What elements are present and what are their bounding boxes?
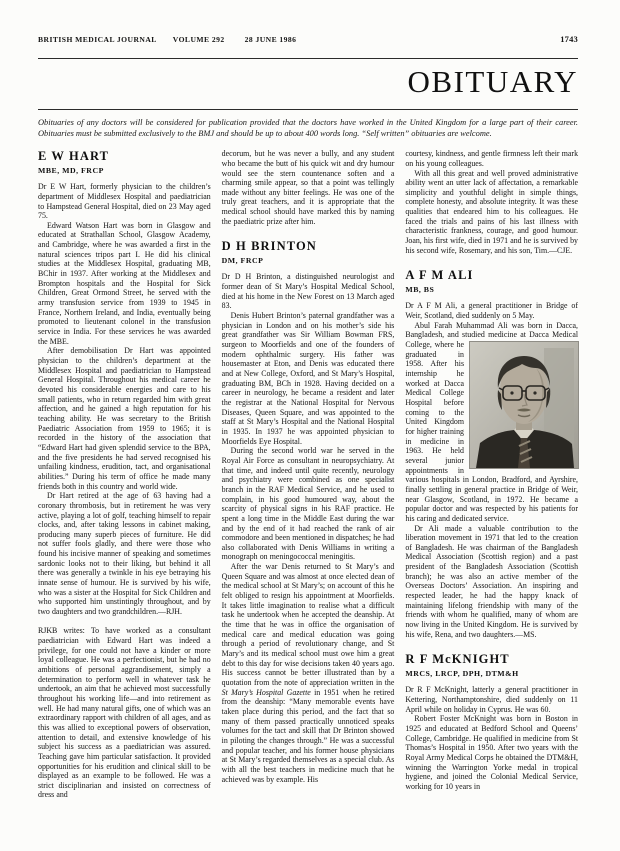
issue-date: 28 JUNE 1986 xyxy=(245,35,297,44)
deceased-name: R F McKNIGHT xyxy=(405,653,578,666)
journal-title: BRITISH MEDICAL JOURNAL xyxy=(38,35,157,44)
deceased-credentials: MB, BS xyxy=(405,285,578,294)
column-2: decorum, but he was never a bully, and a… xyxy=(222,149,395,800)
deceased-credentials: DM, FRCP xyxy=(222,256,395,265)
obituary-paragraph: After demobilisation Dr Hart was appoint… xyxy=(38,346,211,491)
obituary-paragraph: Dr D H Brinton, a distinguished neurolog… xyxy=(222,272,395,311)
deceased-name: A F M ALI xyxy=(405,269,578,282)
section-title: OBITUARY xyxy=(38,65,578,99)
portrait-photo xyxy=(470,342,578,468)
obituary-paragraph: decorum, but he was never a bully, and a… xyxy=(222,149,395,226)
deceased-name: E W HART xyxy=(38,150,211,163)
obituary-paragraph: After the war Denis returned to St Mary’… xyxy=(222,562,395,784)
obituary-paragraph: RJKB writes: To have worked as a consult… xyxy=(38,626,211,800)
obituary-heading: R F McKNIGHTMRCS, LRCP, DPH, DTM&H xyxy=(405,653,578,678)
obituary-paragraph: Edward Watson Hart was born in Glasgow a… xyxy=(38,221,211,347)
obituary-paragraph: Dr Hart retired at the age of 63 having … xyxy=(38,491,211,617)
obituary-heading: D H BRINTONDM, FRCP xyxy=(222,240,395,265)
obituary-heading: A F M ALIMB, BS xyxy=(405,269,578,294)
deceased-name: D H BRINTON xyxy=(222,240,395,253)
obituary-heading: E W HARTMBE, MD, FRCP xyxy=(38,150,211,175)
journal-page: BRITISH MEDICAL JOURNAL VOLUME 292 28 JU… xyxy=(0,0,620,851)
obituary-paragraph: courtesy, kindness, and gentle firmness … xyxy=(405,149,578,168)
page-number: 1743 xyxy=(560,34,578,44)
volume-label: VOLUME 292 xyxy=(173,35,225,44)
page-header: BRITISH MEDICAL JOURNAL VOLUME 292 28 JU… xyxy=(38,34,578,44)
obituary-paragraph: During the second world war he served in… xyxy=(222,446,395,562)
column-1: E W HARTMBE, MD, FRCPDr E W Hart, former… xyxy=(38,149,211,800)
submission-notice: Obituaries of any doctors will be consid… xyxy=(38,118,578,139)
obituary-paragraph: Dr A F M Ali, a general practitioner in … xyxy=(405,301,578,320)
obituary-paragraph: Denis Hubert Brinton’s paternal grandfat… xyxy=(222,311,395,446)
obituary-paragraph: Abul Farah Muhammad Ali was born in Dacc… xyxy=(405,321,578,524)
deceased-credentials: MBE, MD, FRCP xyxy=(38,166,211,175)
deceased-credentials: MRCS, LRCP, DPH, DTM&H xyxy=(405,669,578,678)
obituary-paragraph: Robert Foster McKnight was born in Bosto… xyxy=(405,714,578,791)
header-divider xyxy=(38,58,578,59)
obituary-paragraph: With all this great and well proved admi… xyxy=(405,169,578,256)
title-divider xyxy=(38,109,578,110)
obituary-columns: E W HARTMBE, MD, FRCPDr E W Hart, former… xyxy=(38,149,578,800)
obituary-paragraph: Dr Ali made a valuable contribution to t… xyxy=(405,524,578,640)
publication-title: St Mary’s Hospital Gazette xyxy=(222,688,311,697)
obituary-paragraph: Dr E W Hart, formerly physician to the c… xyxy=(38,182,211,221)
column-3: courtesy, kindness, and gentle firmness … xyxy=(405,149,578,800)
obituary-paragraph: Dr R F McKnight, latterly a general prac… xyxy=(405,685,578,714)
